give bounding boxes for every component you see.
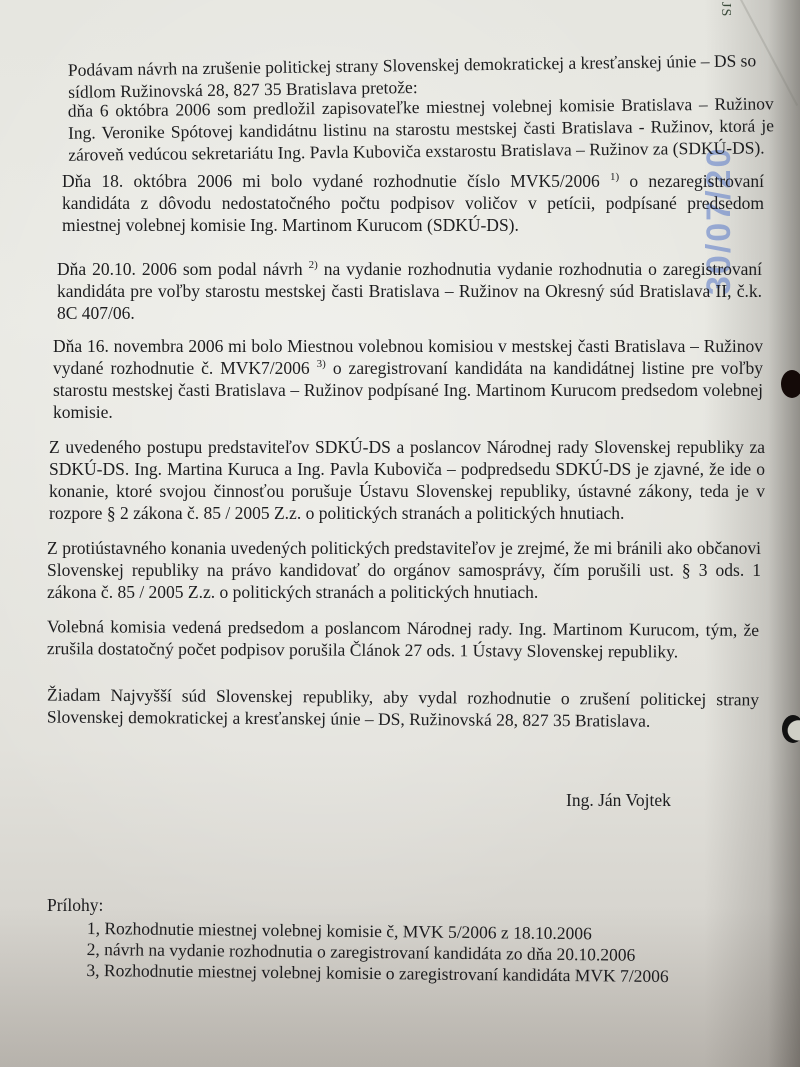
footnote-1: 1) xyxy=(610,171,619,183)
paragraph-18-october: Dňa 18. októbra 2006 mi bolo vydané rozh… xyxy=(62,170,764,236)
punch-hole-icon xyxy=(781,370,800,398)
signature-name: Ing. Ján Vojtek xyxy=(566,790,671,811)
paragraph-6-october: dňa 6 októbra 2006 som predložil zapisov… xyxy=(68,92,775,165)
paragraph-20-10: Dňa 20.10. 2006 som podal návrh 2) na vy… xyxy=(57,258,762,324)
paragraph-postup: Z uvedeného postupu predstaviteľov SDKÚ-… xyxy=(49,436,765,524)
scanned-page: JS 30/07/20 Podávam návrh na zrušenie po… xyxy=(0,0,800,1067)
footnote-3: 3) xyxy=(317,358,326,370)
paragraph-komisia: Volebná komisia vedená predsedom a posla… xyxy=(47,615,759,663)
corner-handwritten-mark: JS xyxy=(717,2,733,17)
attachments-title: Prílohy: xyxy=(47,895,103,916)
footnote-2: 2) xyxy=(309,259,318,271)
paragraph-protiustavne: Z protiústavného konania uvedených polit… xyxy=(47,537,761,603)
paragraph-ziadam: Žiadam Najvyšší súd Slovenskej republiky… xyxy=(47,684,759,733)
attachments-list: 1, Rozhodnutie miestnej volebnej komisie… xyxy=(86,918,669,987)
punch-hole-icon xyxy=(782,715,800,743)
paragraph-16-november: Dňa 16. novembra 2006 mi bolo Miestnou v… xyxy=(53,335,763,423)
